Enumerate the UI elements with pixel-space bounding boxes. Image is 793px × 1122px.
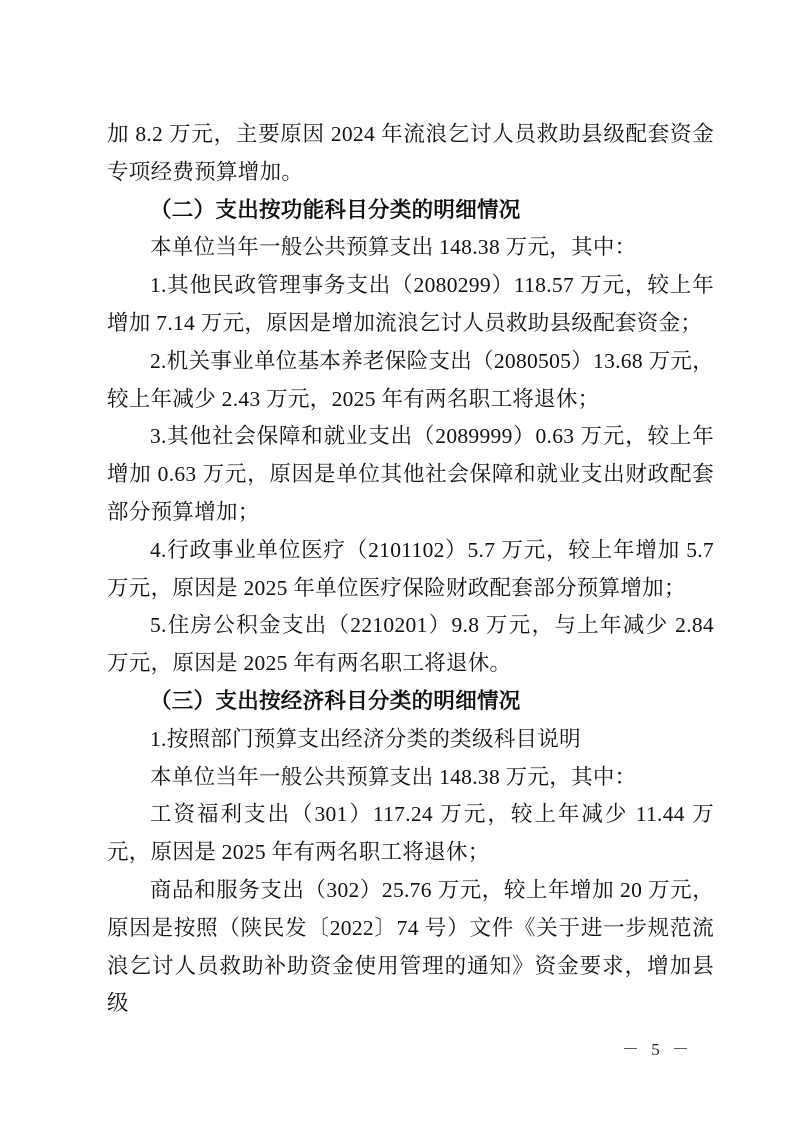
paragraph-item-2: 2.机关事业单位基本养老保险支出（2080505）13.68 万元，较上年减少 … xyxy=(107,343,714,419)
paragraph-item-3: 3.其他社会保障和就业支出（2089999）0.63 万元，较上年增加 0.63… xyxy=(107,418,714,531)
paragraph: 本单位当年一般公共预算支出 148.38 万元，其中： xyxy=(107,759,714,797)
section-heading-3: （三）支出按经济科目分类的明细情况 xyxy=(107,683,714,721)
paragraph: 工资福利支出（301）117.24 万元，较上年减少 11.44 万元，原因是 … xyxy=(107,796,714,872)
paragraph: 1.按照部门预算支出经济分类的类级科目说明 xyxy=(107,721,714,759)
paragraph: 本单位当年一般公共预算支出 148.38 万元，其中： xyxy=(107,229,714,267)
paragraph-continuation: 加 8.2 万元，主要原因 2024 年流浪乞讨人员救助县级配套资金专项经费预算… xyxy=(107,116,714,192)
document-body: 加 8.2 万元，主要原因 2024 年流浪乞讨人员救助县级配套资金专项经费预算… xyxy=(107,116,714,1023)
paragraph-item-5: 5.住房公积金支出（2210201）9.8 万元，与上年减少 2.84 万元，原… xyxy=(107,607,714,683)
paragraph: 商品和服务支出（302）25.76 万元，较上年增加 20 万元，原因是按照（陕… xyxy=(107,872,714,1023)
paragraph-item-4: 4.行政事业单位医疗（2101102）5.7 万元，较上年增加 5.7 万元，原… xyxy=(107,532,714,608)
section-heading-2: （二）支出按功能科目分类的明细情况 xyxy=(107,192,714,230)
paragraph-item-1: 1.其他民政管理事务支出（2080299）118.57 万元，较上年增加 7.1… xyxy=(107,267,714,343)
document-page: 加 8.2 万元，主要原因 2024 年流浪乞讨人员救助县级配套资金专项经费预算… xyxy=(0,0,793,1122)
page-number: － 5 － xyxy=(622,1038,693,1062)
